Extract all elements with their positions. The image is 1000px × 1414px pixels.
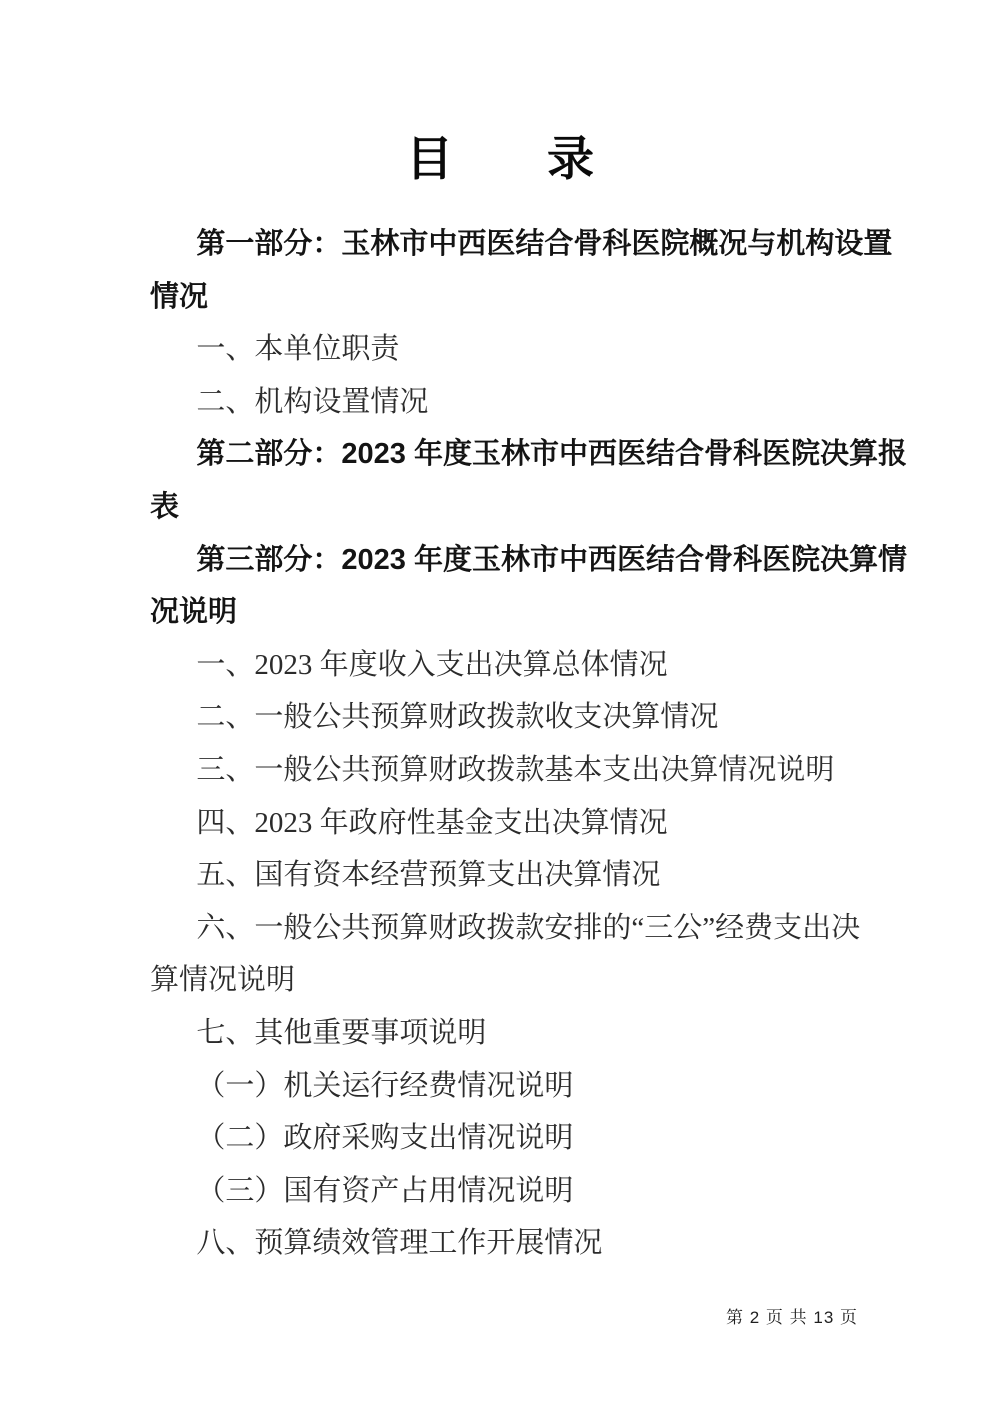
toc-line-item2: 二、机构设置情况 <box>150 376 860 429</box>
table-of-contents: 第一部分：玉林市中西医结合骨科医院概况与机构设置 情况 一、本单位职责 二、机构… <box>150 218 860 1270</box>
toc-line-item-8: 八、预算绩效管理工作开展情况 <box>150 1217 860 1270</box>
page-number: 第 2 页 共 13 页 <box>726 1303 858 1328</box>
toc-line-part2-cont: 表 <box>150 481 860 534</box>
toc-line-item-7: 七、其他重要事项说明 <box>150 1007 860 1060</box>
toc-line-item-5: 五、国有资本经营预算支出决算情况 <box>150 849 860 902</box>
toc-line-part3: 第三部分：2023 年度玉林市中西医结合骨科医院决算情 <box>150 534 860 587</box>
toc-line-part1-cont: 情况 <box>150 271 860 324</box>
toc-line-part3-cont: 况说明 <box>150 586 860 639</box>
toc-line-item-4: 四、2023 年政府性基金支出决算情况 <box>150 797 860 850</box>
toc-line-sub-3: （三）国有资产占用情况说明 <box>150 1165 860 1218</box>
toc-line-item-6-cont: 算情况说明 <box>150 954 860 1007</box>
toc-line-item-1: 一、2023 年度收入支出决算总体情况 <box>150 639 860 692</box>
toc-line-sub-2: （二）政府采购支出情况说明 <box>150 1112 860 1165</box>
toc-line-item-3: 三、一般公共预算财政拨款基本支出决算情况说明 <box>150 744 860 797</box>
toc-line-part2: 第二部分：2023 年度玉林市中西医结合骨科医院决算报 <box>150 428 860 481</box>
document-page: 目 录 第一部分：玉林市中西医结合骨科医院概况与机构设置 情况 一、本单位职责 … <box>0 0 1000 1414</box>
toc-line-item-2: 二、一般公共预算财政拨款收支决算情况 <box>150 691 860 744</box>
toc-line-item1: 一、本单位职责 <box>150 323 860 376</box>
toc-line-part1: 第一部分：玉林市中西医结合骨科医院概况与机构设置 <box>150 218 860 271</box>
page-title: 目 录 <box>0 0 1000 190</box>
toc-line-sub-1: （一）机关运行经费情况说明 <box>150 1060 860 1113</box>
toc-line-item-6: 六、一般公共预算财政拨款安排的“三公”经费支出决 <box>150 902 860 955</box>
